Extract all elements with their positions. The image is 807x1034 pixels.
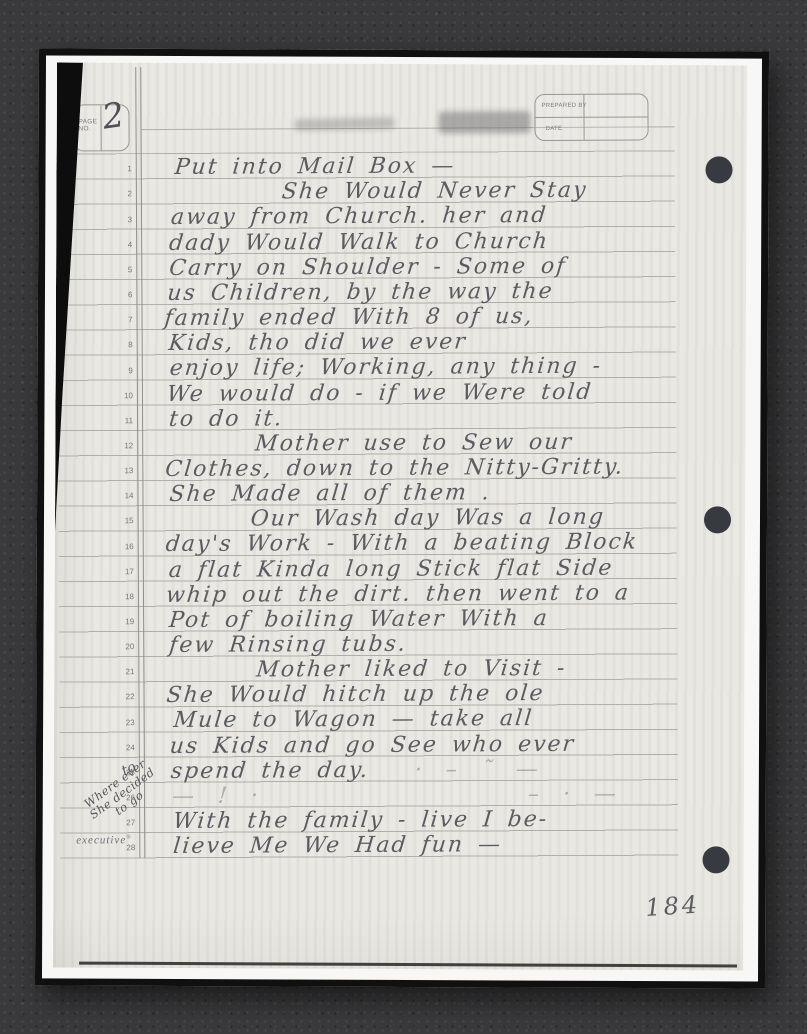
handwriting-line: She Would hitch up the ole	[165, 681, 545, 708]
line-number: 16	[104, 542, 134, 551]
handwriting-line: · – ˜ —	[414, 757, 545, 783]
handwriting-line: a flat Kinda long Stick flat Side	[168, 555, 615, 582]
line-number: 13	[103, 466, 133, 475]
scan-smudge	[438, 111, 530, 133]
sheet-number: 184	[644, 890, 701, 922]
handwriting-line: Mother use to Sew our	[254, 430, 574, 457]
page-number-value: 2	[100, 95, 127, 138]
line-number: 1	[102, 164, 132, 173]
line-number: 17	[104, 567, 134, 576]
line-number: 10	[103, 391, 133, 400]
handwriting-line: dady Would Walk to Church	[168, 229, 550, 256]
scan-smudge	[294, 117, 394, 131]
line-number: 26	[105, 793, 135, 802]
handwriting-line: She Would Never Stay	[281, 178, 589, 205]
handwriting-line: Mule to Wagon — take all	[172, 707, 534, 734]
handwriting-line: to do it.	[168, 406, 285, 432]
line-number: 18	[104, 592, 134, 601]
hole-punch	[704, 506, 731, 533]
handwriting-line: us Kids and go See who ever	[169, 731, 577, 758]
handwriting-line: – · —	[527, 781, 623, 807]
line-number: 22	[105, 693, 135, 702]
line-number: 21	[104, 667, 134, 676]
line-number: 24	[105, 743, 135, 752]
photo-frame-card: PAGE NO. 2 PREPARED BY DATE Where ever S…	[35, 48, 769, 988]
hole-punch	[705, 156, 732, 183]
line-number: 27	[105, 818, 135, 827]
handwriting-line: family ended With 8 of us,	[163, 304, 535, 331]
notepad-page-content: PAGE NO. 2 PREPARED BY DATE Where ever S…	[56, 62, 747, 970]
line-number: 7	[103, 315, 133, 324]
line-number: 2	[102, 190, 132, 199]
line-number: 9	[103, 366, 133, 375]
handwriting-line: With the family - live I be-	[172, 807, 550, 834]
line-number: 14	[103, 491, 133, 500]
prepared-by-label: PREPARED BY	[541, 103, 587, 109]
handwriting-line: We would do - if we Were told	[166, 379, 594, 406]
line-number: 8	[103, 341, 133, 350]
line-number: 3	[102, 215, 132, 224]
handwriting-line: Carry on Shoulder - Some of	[168, 254, 568, 281]
handwriting-line: She Made all of them .	[168, 480, 492, 507]
handwriting-line: whip out the dirt. then went to a	[165, 580, 632, 607]
scanned-document-photo: PAGE NO. 2 PREPARED BY DATE Where ever S…	[0, 0, 807, 1034]
page-number-label: PAGE NO.	[78, 118, 100, 132]
handwriting-line: day's Work - With a beating Block	[164, 530, 639, 557]
page-number-box: PAGE NO. 2	[73, 104, 129, 151]
handwriting-line: spend the day.	[170, 758, 371, 784]
prepared-by-box: PREPARED BY DATE	[534, 93, 648, 141]
handwriting-line: enjoy life; Working, any thing -	[169, 354, 604, 381]
line-number: 4	[102, 240, 132, 249]
handwriting-line: Pot of boiling Water With a	[168, 606, 550, 633]
handwriting-line: Our Wash day Was a long	[249, 505, 606, 532]
line-number: 11	[103, 416, 133, 425]
line-number: 25	[105, 768, 135, 777]
handwriting-line: Put into Mail Box —	[174, 154, 457, 180]
line-number: 19	[104, 617, 134, 626]
handwriting-line: Clothes, down to the Nitty-Gritty.	[164, 455, 625, 482]
handwriting-line: Mother liked to Visit -	[255, 656, 568, 683]
line-number: 5	[102, 265, 132, 274]
line-number: 15	[104, 517, 134, 526]
prepared-by-box-hdivider	[535, 116, 647, 118]
line-number: 28	[105, 844, 135, 853]
handwriting-line: — ! ·	[171, 783, 265, 808]
hole-punch	[702, 846, 729, 873]
handwriting-line: away from Church. her and	[170, 203, 549, 230]
brand-mark: ®	[126, 835, 132, 841]
handwriting-line: us Children, by the way the	[166, 279, 555, 306]
handwriting-line: lieve Me We Had fun —	[172, 832, 503, 859]
handwriting-line: few Rinsing tubs.	[168, 632, 408, 658]
line-number: 6	[102, 290, 132, 299]
line-number: 12	[103, 441, 133, 450]
line-number: 23	[105, 718, 135, 727]
notepad-page: PAGE NO. 2 PREPARED BY DATE Where ever S…	[53, 62, 747, 970]
date-label: DATE	[546, 126, 563, 132]
handwriting-line: Kids, tho did we ever	[167, 330, 468, 357]
line-number: 20	[104, 642, 134, 651]
